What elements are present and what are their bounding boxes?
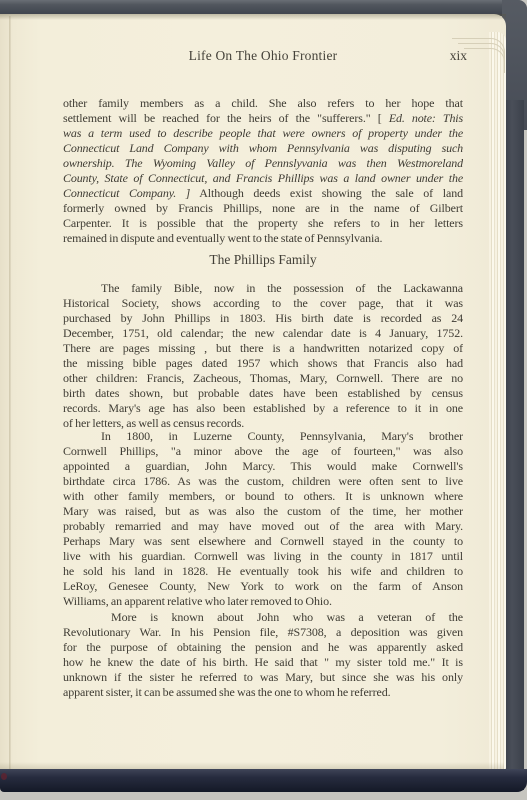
book-cover-bottom-edge <box>0 769 527 792</box>
paragraph: other family members as a child. She als… <box>63 96 463 246</box>
text-line: The family Bible, now in the possession … <box>63 281 463 296</box>
text-line: how he knew the date of his birth. He sa… <box>63 655 463 670</box>
text-line: birthdate circa 1786. As was the custom,… <box>63 474 463 489</box>
text-line: was a term used to describe people that … <box>63 126 463 141</box>
text-line: LeRoy, Genesee County, New York to work … <box>63 579 463 594</box>
text-line: appointed a guardian, John Marcy. This w… <box>63 459 463 474</box>
text-line: other family members as a child. She als… <box>63 96 463 111</box>
text-line: apparent sister, it can be assumed she w… <box>63 685 463 700</box>
text-line: formerly owned by Francis Phillips, none… <box>63 201 463 216</box>
text-line: County, State of Connecticut, and Franci… <box>63 171 463 186</box>
text-line: birth dates shown, but probable dates ha… <box>63 386 463 401</box>
section-heading: The Phillips Family <box>63 252 463 268</box>
text-line: probably remarried and may have moved ou… <box>63 519 463 534</box>
text-line: December, 1751, old calendar; the new ca… <box>63 326 463 341</box>
page-gutter-crease <box>9 16 11 769</box>
text-line: Revolutionary War. In his Pension file, … <box>63 625 463 640</box>
cover-red-speck <box>1 773 7 780</box>
text-line: ownership. The Wyoming Valley of Pennsly… <box>63 156 463 171</box>
scan-background: Life On The Ohio Frontier xix other fami… <box>0 0 527 800</box>
page-top-shadow <box>0 14 506 20</box>
text-line: with other family members, or bound to o… <box>63 489 463 504</box>
text-line: Historical Society, shows according to t… <box>63 296 463 311</box>
text-line: remained in dispute and eventually went … <box>63 231 463 246</box>
text-line: Mary was raised, but as was also the cus… <box>63 504 463 519</box>
paragraph: More is known about John who was a veter… <box>63 610 463 700</box>
text-line: There are pages missing , but there is a… <box>63 341 463 356</box>
page-fore-edge-stack <box>489 32 506 769</box>
text-line: Perhaps Mary was sent elsewhere and Corn… <box>63 534 463 549</box>
paragraph: In 1800, in Luzerne County, Pennsylvania… <box>63 429 463 609</box>
text-line: Connecticut Company. ] Although deeds ex… <box>63 186 463 201</box>
text-line: the missing bible pages dated 1957 which… <box>63 356 463 371</box>
text-line: other children: Francis, Zacheous, Thoma… <box>63 371 463 386</box>
text-line: for the purpose of obtaining the pension… <box>63 640 463 655</box>
text-line: settlement will be reached for the heirs… <box>63 111 463 126</box>
text-line: he sold his land in 1828. He eventually … <box>63 564 463 579</box>
text-line: Cornwell Phillips, "a minor above the ag… <box>63 444 463 459</box>
text-line: Connecticut Land Company with whom Penns… <box>63 141 463 156</box>
text-line: Williams, an apparent relative who later… <box>63 594 463 609</box>
text-line: Carpenter. It is possible that the prope… <box>63 216 463 231</box>
page-number: xix <box>63 48 467 64</box>
page-corner-curl <box>464 48 505 73</box>
book-cover-right-edge <box>504 100 524 790</box>
text-line: In 1800, in Luzerne County, Pennsylvania… <box>63 429 463 444</box>
text-line: live with his guardian. Cornwell was liv… <box>63 549 463 564</box>
text-line: More is known about John who was a veter… <box>63 610 463 625</box>
paragraph: The family Bible, now in the possession … <box>63 281 463 431</box>
text-line: records. Mary's age has also been establ… <box>63 401 463 416</box>
text-line: purchased by John Phillips in 1803. His … <box>63 311 463 326</box>
text-line: unknown if the sister he referred to was… <box>63 670 463 685</box>
